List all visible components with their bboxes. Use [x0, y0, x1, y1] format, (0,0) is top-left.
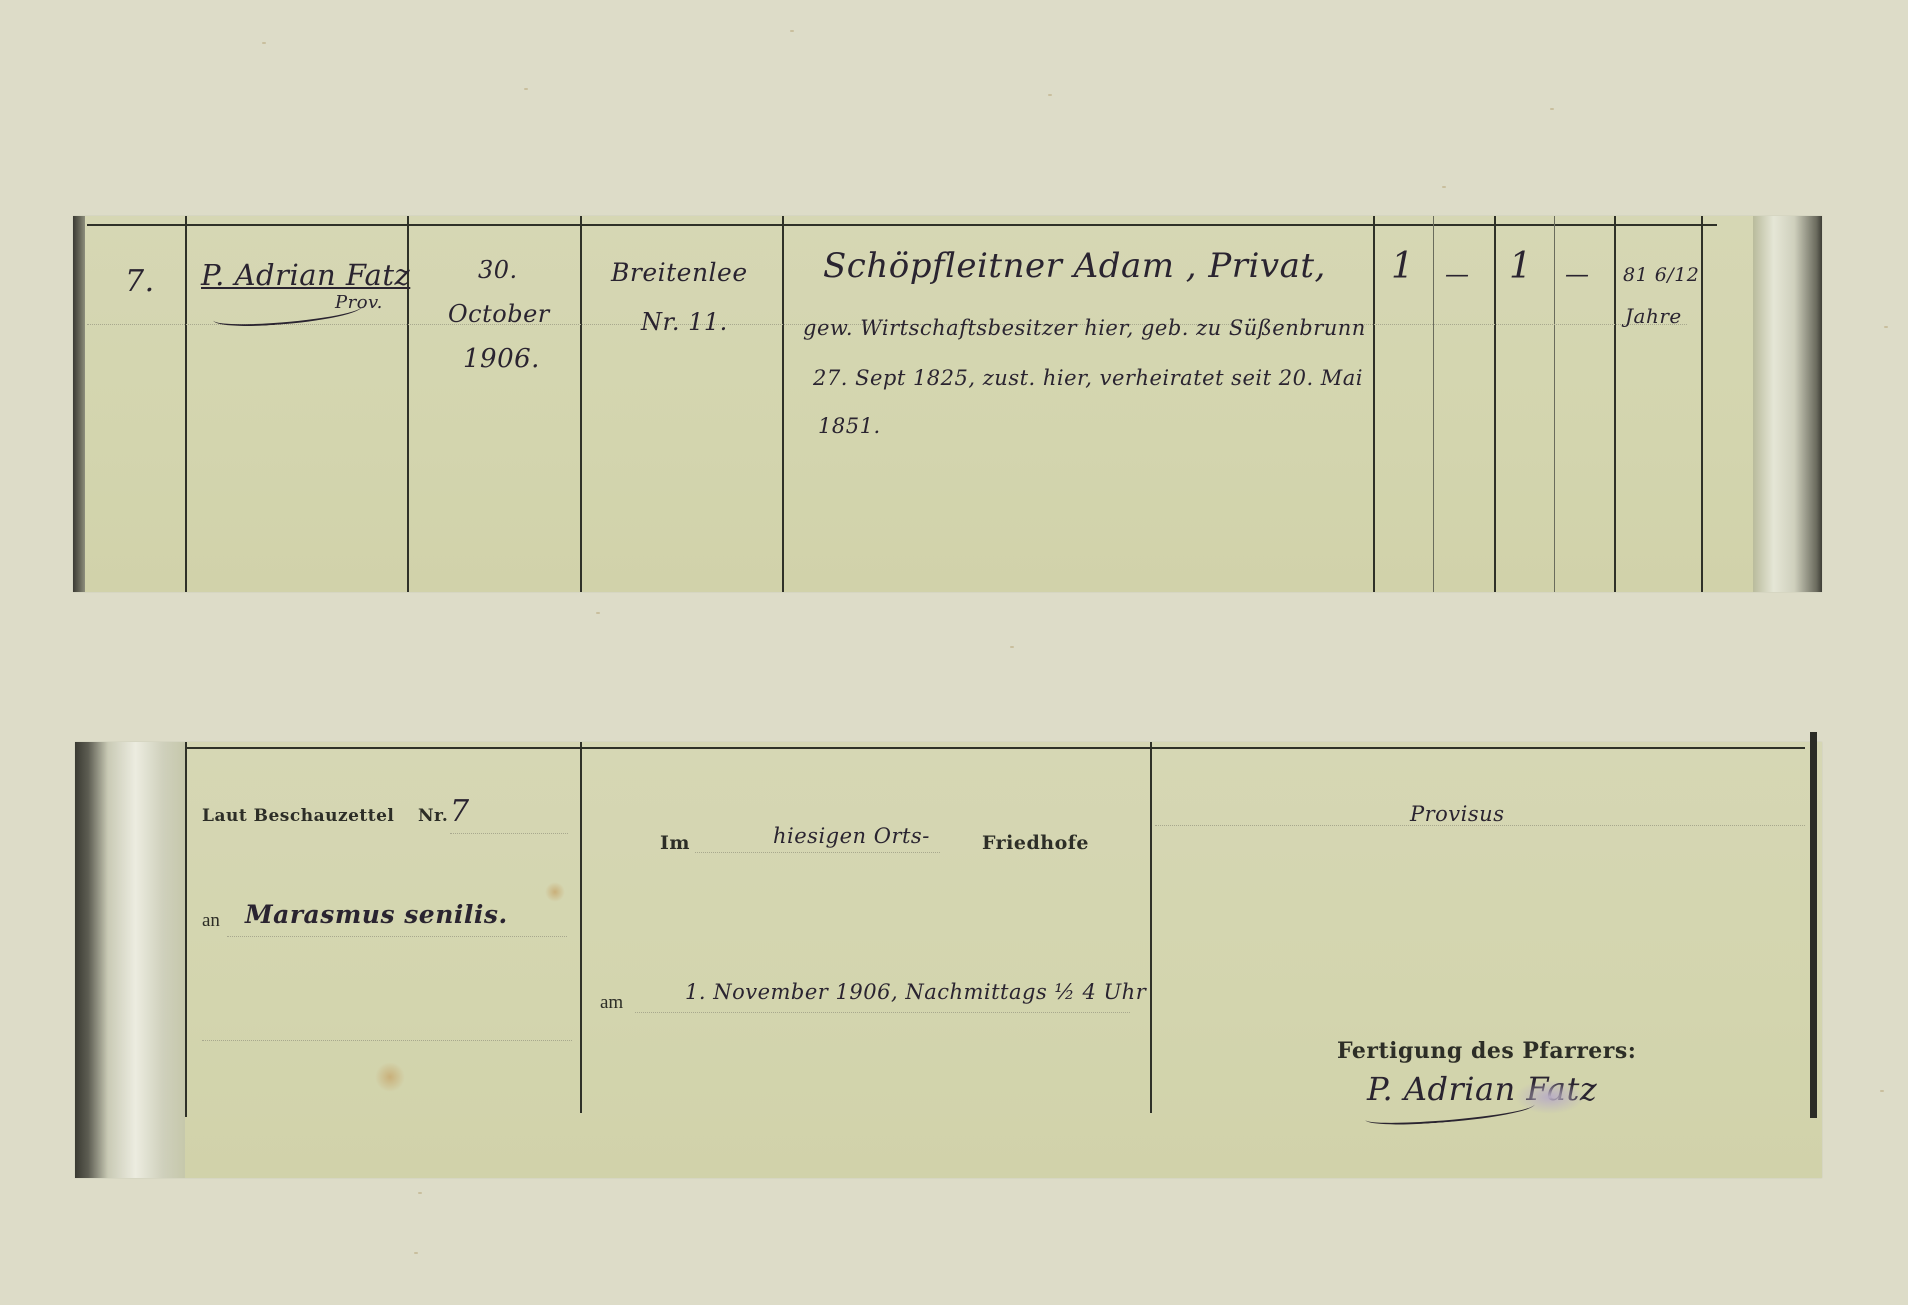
paper-speck	[790, 30, 794, 32]
paper-speck	[1048, 94, 1052, 96]
paper-speck	[1442, 186, 1446, 188]
label-an: an	[202, 910, 220, 932]
paper-speck	[524, 88, 528, 90]
paper-speck	[418, 1192, 422, 1194]
paper-speck	[1550, 108, 1554, 110]
tally-catholic: 1	[1509, 246, 1532, 287]
column-divider	[1614, 216, 1616, 592]
guide-line	[202, 1040, 572, 1041]
tally-female: —	[1445, 260, 1470, 288]
remarks-provisus: Provisus	[1410, 802, 1504, 826]
residence-place: Breitenlee	[611, 258, 748, 287]
row-top-rule	[87, 224, 1717, 226]
column-divider	[580, 216, 582, 592]
column-divider	[1433, 216, 1434, 592]
death-day: 30.	[478, 256, 518, 284]
deceased-details-line-2: 27. Sept 1825, zust. hier, verheiratet s…	[813, 366, 1363, 390]
book-binding-edge	[73, 216, 85, 592]
register-entry-row: 7. P. Adrian Fatz Prov. 30. October 1906…	[73, 216, 1822, 592]
book-gutter	[75, 742, 185, 1178]
cemetery-name: hiesigen Orts-	[773, 824, 930, 848]
guide-line	[695, 852, 940, 853]
column-divider	[580, 742, 582, 1113]
officiant-signature: P. Adrian Fatz	[201, 258, 410, 292]
age-value: 81 6/12	[1623, 264, 1699, 286]
tally-other: —	[1565, 260, 1590, 288]
guide-line	[1155, 825, 1805, 826]
death-month: October	[448, 300, 550, 328]
cause-of-death: Marasmus senilis.	[245, 900, 508, 929]
label-fertigung-des-pfarrers: Fertigung des Pfarrers:	[1337, 1038, 1636, 1064]
column-divider	[185, 742, 187, 1117]
label-im: Im	[660, 832, 690, 854]
page-edge-bar	[1810, 732, 1817, 1118]
residence-house-number: Nr. 11.	[641, 308, 728, 336]
label-am: am	[600, 992, 623, 1014]
paper-speck	[1884, 326, 1888, 328]
label-nr: Nr.	[418, 806, 448, 826]
paper-stain	[375, 1062, 405, 1092]
deceased-details-line-1: gew. Wirtschaftsbesitzer hier, geb. zu S…	[803, 316, 1366, 340]
column-divider	[1554, 216, 1555, 592]
column-divider	[1701, 216, 1703, 592]
deceased-details-line-3: 1851.	[818, 414, 881, 438]
column-divider	[1150, 742, 1152, 1113]
entry-number: 7.	[125, 264, 155, 299]
age-unit: Jahre	[1625, 304, 1682, 328]
row-top-rule	[185, 747, 1805, 749]
column-divider	[1373, 216, 1375, 592]
paper-speck	[414, 1252, 418, 1254]
burial-datetime: 1. November 1906, Nachmittags ½ 4 Uhr	[685, 980, 1146, 1004]
column-divider	[782, 216, 784, 592]
guide-line	[635, 1012, 1130, 1013]
column-divider	[185, 216, 187, 592]
paper-speck	[262, 42, 266, 44]
beschau-number: 7	[450, 794, 470, 829]
guide-line	[450, 833, 568, 834]
label-laut-beschauzettel: Laut Beschauzettel	[202, 806, 394, 826]
column-divider	[1494, 216, 1496, 592]
book-gutter	[1753, 216, 1822, 592]
paper-stain	[545, 882, 565, 902]
label-friedhofe: Friedhofe	[982, 832, 1089, 854]
burial-details-row: Laut Beschauzettel Nr. 7 an Marasmus sen…	[75, 742, 1822, 1178]
death-year: 1906.	[463, 344, 540, 374]
paper-speck	[1010, 646, 1014, 648]
tally-male: 1	[1391, 246, 1414, 287]
deceased-name: Schöpfleitner Adam , Privat,	[823, 246, 1326, 286]
paper-speck	[1880, 1090, 1884, 1092]
ink-smudge	[1515, 1080, 1585, 1114]
guide-line	[227, 936, 567, 937]
paper-speck	[596, 612, 600, 614]
